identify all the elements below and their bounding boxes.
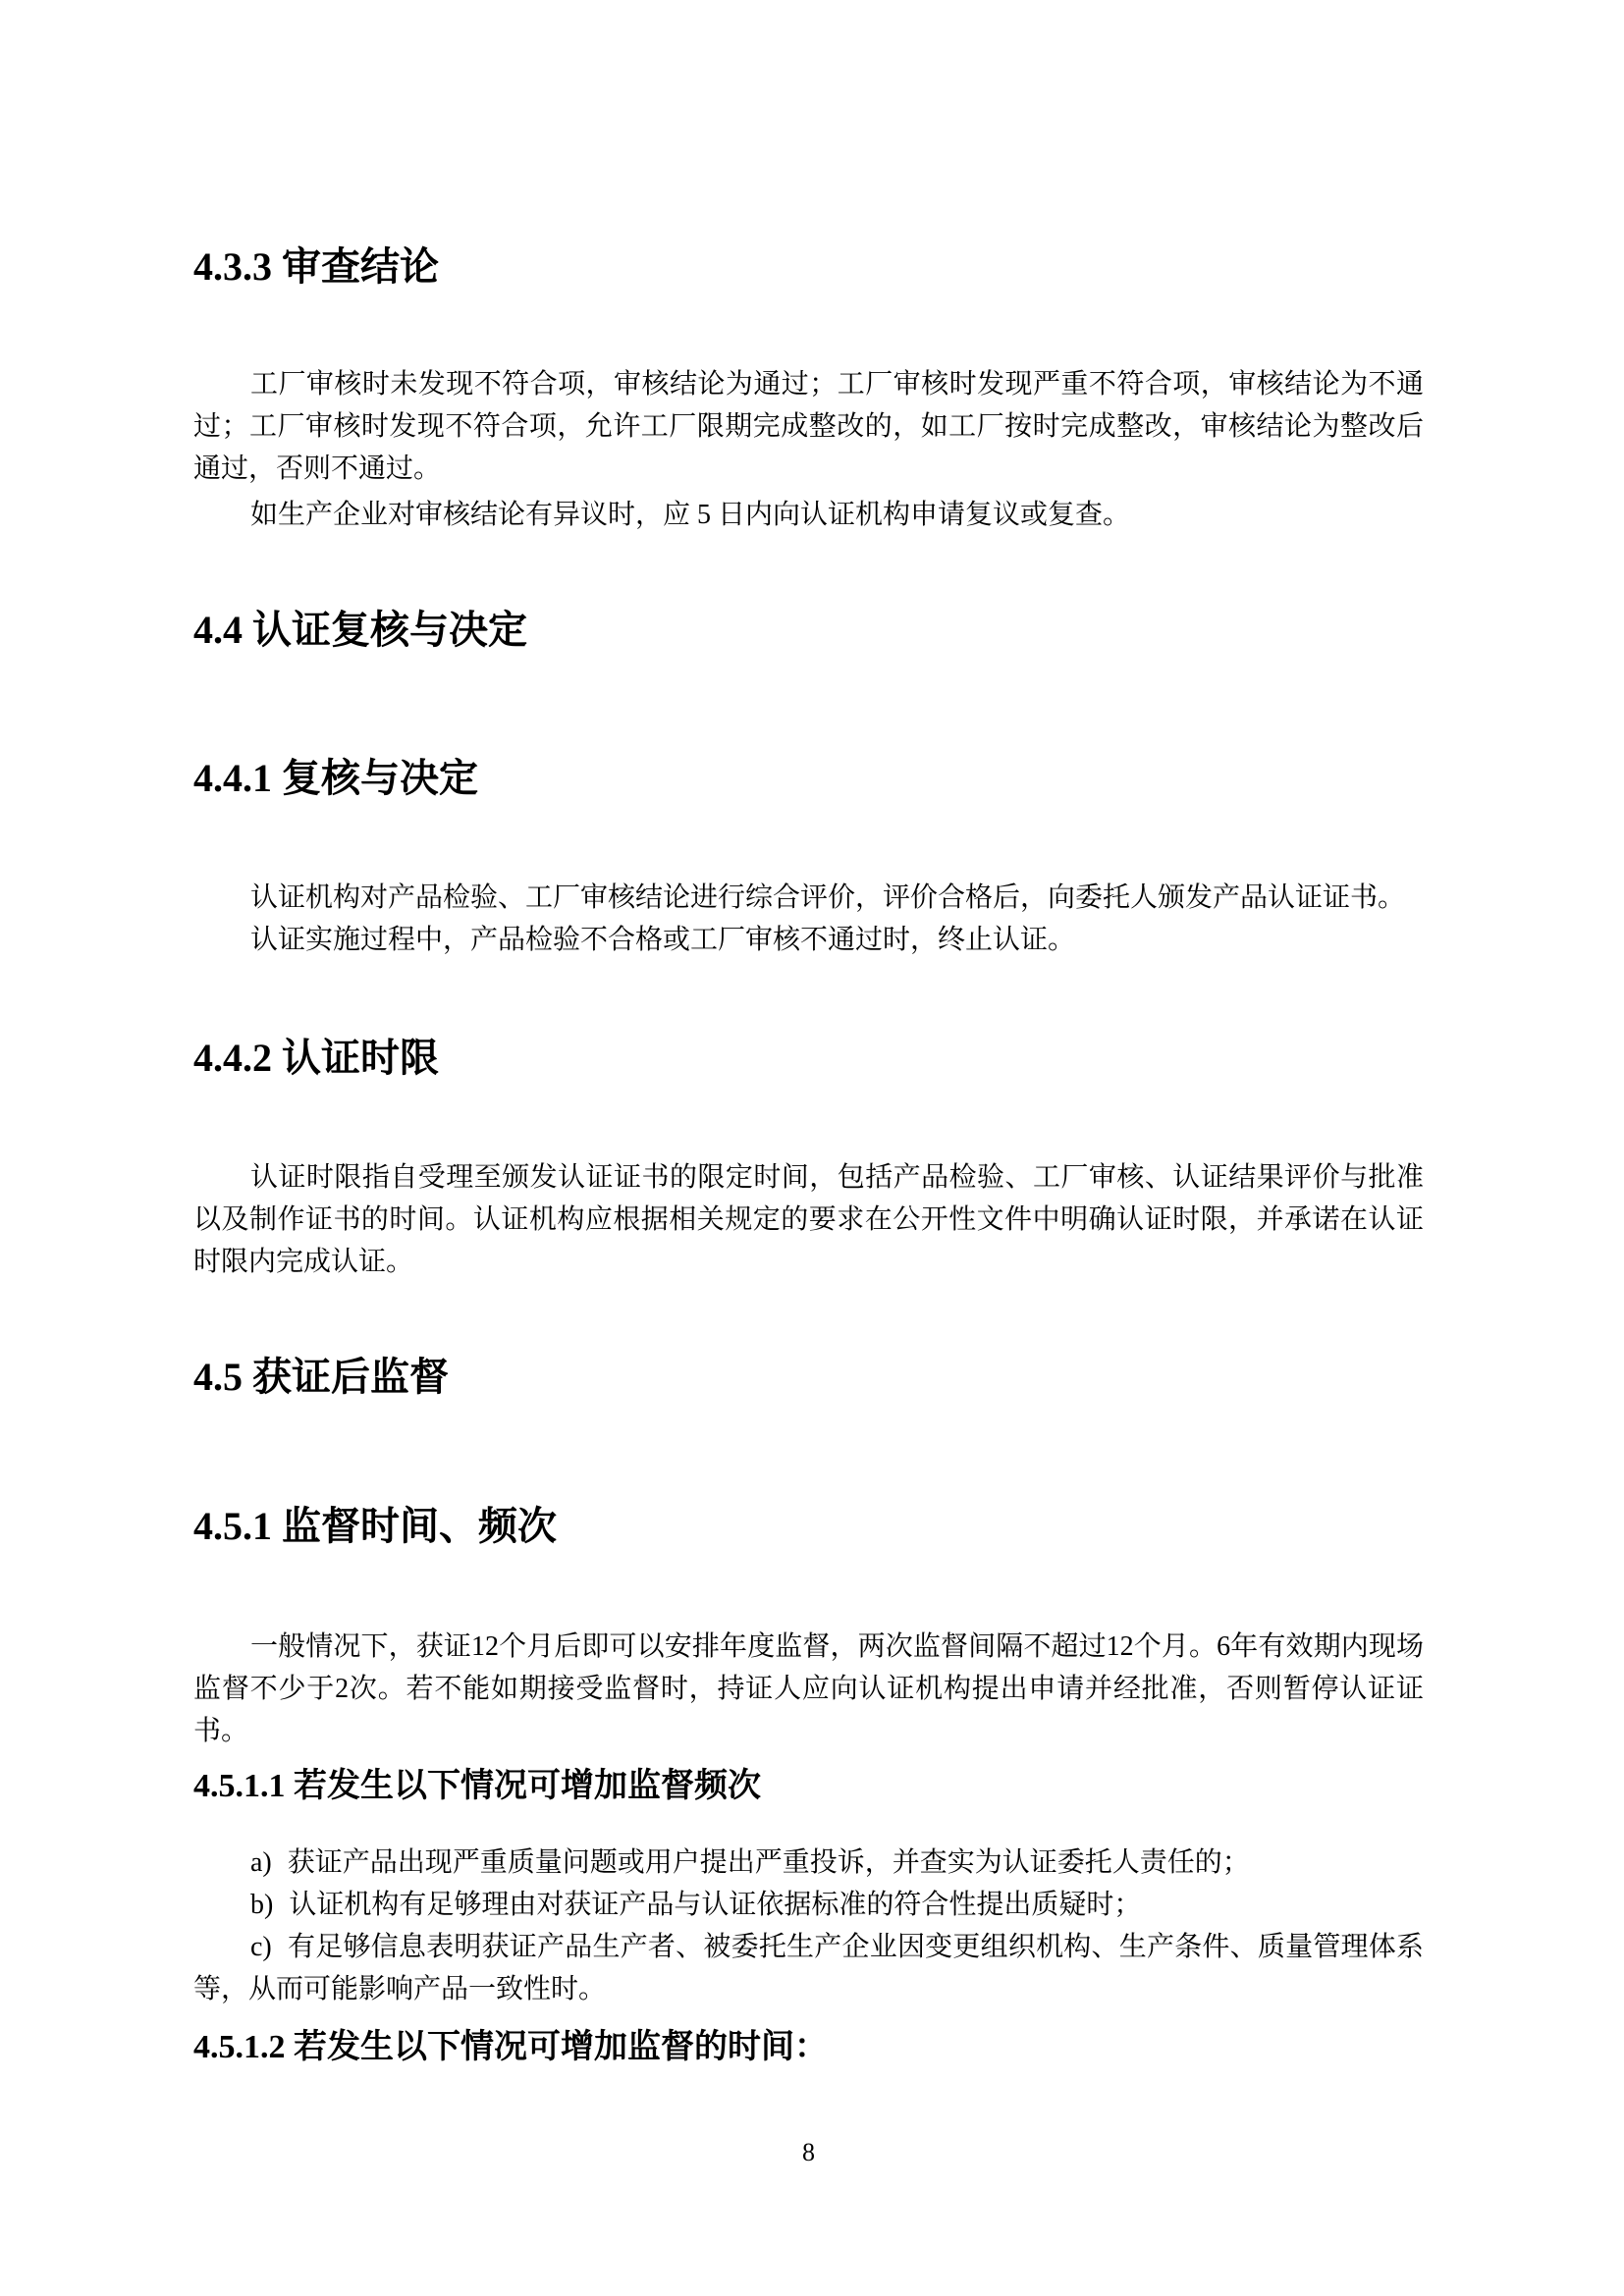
paragraph-audit-conclusion: 工厂审核时未发现不符合项，审核结论为通过；工厂审核时发现严重不符合项，审核结论为… xyxy=(193,363,1424,490)
paragraph-review-evaluation: 认证机构对产品检验、工厂审核结论进行综合评价，评价合格后，向委托人颁发产品认证证… xyxy=(193,877,1424,919)
list-item-c-text: 有足够信息表明获证产品生产者、被委托生产企业因变更组织机构、生产条件、质量管理体… xyxy=(193,1932,1424,2004)
heading-4-5-1-1-increase-frequency: 4.5.1.1 若发生以下情况可增加监督频次 xyxy=(193,1765,1424,1808)
list-item-c: c)有足够信息表明获证产品生产者、被委托生产企业因变更组织机构、生产条件、质量管… xyxy=(193,1926,1424,2010)
paragraph-time-limit: 认证时限指自受理至颁发认证证书的限定时间，包括产品检验、工厂审核、认证结果评价与… xyxy=(193,1156,1424,1283)
list-item-a: a)获证产品出现严重质量问题或用户提出严重投诉，并查实为认证委托人责任的； xyxy=(193,1842,1424,1884)
document-page: 4.3.3 审查结论 工厂审核时未发现不符合项，审核结论为通过；工厂审核时发现严… xyxy=(0,0,1624,2296)
heading-4-5-post-certification-supervision: 4.5 获证后监督 xyxy=(193,1356,1424,1399)
paragraph-audit-objection: 如生产企业对审核结论有异议时，应 5 日内向认证机构申请复议或复查。 xyxy=(193,494,1424,536)
list-item-a-label: a) xyxy=(250,1847,272,1878)
heading-4-4-review-decision: 4.4 认证复核与决定 xyxy=(193,609,1424,652)
heading-4-4-1-review-decision: 4.4.1 复核与决定 xyxy=(193,757,1424,800)
list-item-b-label: b) xyxy=(250,1890,273,1920)
heading-4-4-2-certification-time-limit: 4.4.2 认证时限 xyxy=(193,1037,1424,1080)
paragraph-supervision-schedule: 一般情况下，获证12个月后即可以安排年度监督，两次监督间隔不超过12个月。6年有… xyxy=(193,1626,1424,1752)
page-number: 8 xyxy=(193,2138,1424,2167)
list-item-b: b)认证机构有足够理由对获证产品与认证依据标准的符合性提出质疑时； xyxy=(193,1884,1424,1926)
list-item-c-label: c) xyxy=(250,1932,272,1962)
paragraph-review-termination: 认证实施过程中，产品检验不合格或工厂审核不通过时，终止认证。 xyxy=(193,919,1424,961)
heading-4-5-1-supervision-time-frequency: 4.5.1 监督时间、频次 xyxy=(193,1505,1424,1548)
heading-4-5-1-2-increase-supervision-time: 4.5.1.2 若发生以下情况可增加监督的时间： xyxy=(193,2026,1424,2069)
list-item-a-text: 获证产品出现严重质量问题或用户提出严重投诉，并查实为认证委托人责任的； xyxy=(288,1847,1250,1878)
heading-4-3-3-audit-conclusion: 4.3.3 审查结论 xyxy=(193,245,1424,289)
list-item-b-text: 认证机构有足够理由对获证产品与认证依据标准的符合性提出质疑时； xyxy=(289,1890,1141,1920)
